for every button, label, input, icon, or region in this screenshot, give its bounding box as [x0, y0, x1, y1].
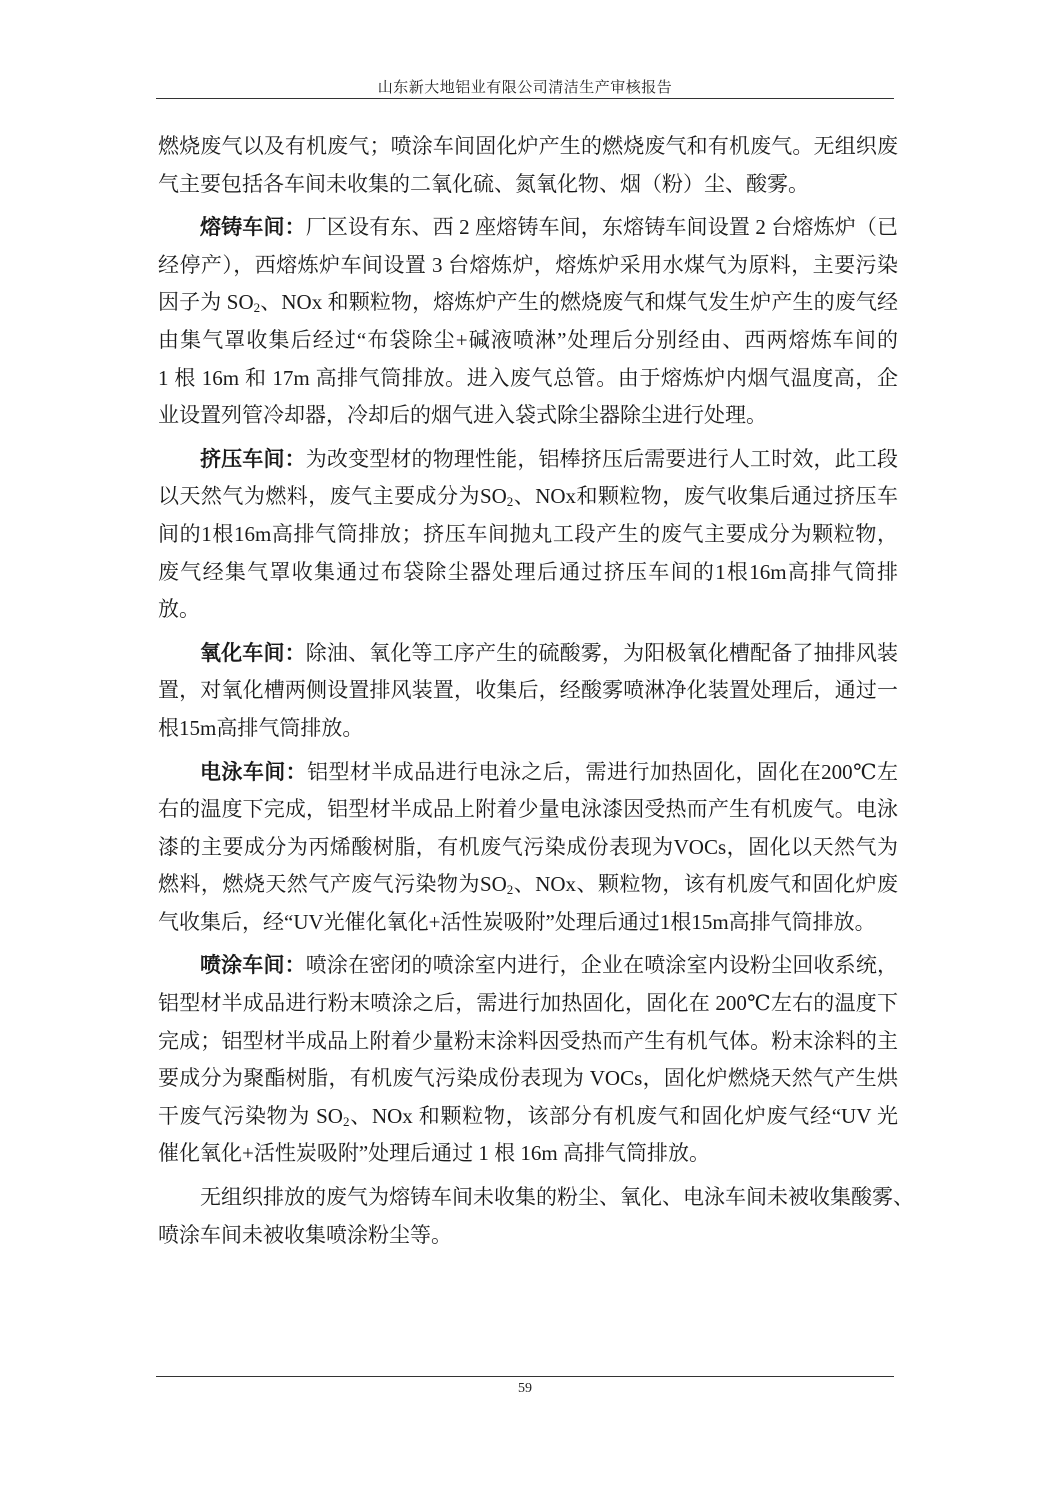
header-divider	[156, 98, 894, 99]
section-heading: 电泳车间：	[200, 760, 307, 784]
text-line: 喷涂车间未被收集喷涂粉尘等。	[158, 1217, 898, 1255]
page-number: 59	[156, 1381, 894, 1397]
paragraph-casting-workshop: 熔铸车间：厂区设有东、西 2 座熔铸车间，东熔铸车间设置 2 台熔炼炉（已经停产…	[158, 209, 898, 435]
text-line: 要成分为聚酯树脂，有机废气污染成份表现为 VOCs，固化炉燃烧天然气产生烘	[158, 1060, 898, 1098]
paragraph-electrophoresis-workshop: 电泳车间：铝型材半成品进行电泳之后，需进行加热固化，固化在200℃左右的温度下完…	[158, 754, 898, 942]
text-line: 干废气污染物为 SO2、NOx 和颗粒物，该部分有机废气和固化炉废气经“UV 光	[158, 1098, 898, 1136]
text-line: 废气经集气罩收集通过布袋除尘器处理后通过挤压车间的1根16m高排气筒排	[158, 554, 898, 592]
section-heading: 熔铸车间：	[200, 215, 306, 239]
paragraph-intro-continuation: 燃烧废气以及有机废气；喷涂车间固化炉产生的燃烧废气和有机废气。无组织废气主要包括…	[158, 128, 898, 203]
text-line: 间的1根16m高排气筒排放；挤压车间抛丸工段产生的废气主要成分为颗粒物，	[158, 516, 898, 554]
text-line: 无组织排放的废气为熔铸车间未收集的粉尘、氧化、电泳车间未被收集酸雾、	[158, 1179, 898, 1217]
text-line: 气主要包括各车间未收集的二氧化硫、氮氧化物、烟（粉）尘、酸雾。	[158, 166, 898, 204]
paragraph-extrusion-workshop: 挤压车间：为改变型材的物理性能，铝棒挤压后需要进行人工时效，此工段以天然气为燃料…	[158, 441, 898, 629]
text-line: 右的温度下完成，铝型材半成品上附着少量电泳漆因受热而产生有机废气。电泳	[158, 791, 898, 829]
section-heading: 挤压车间：	[200, 447, 306, 471]
text-line: 氧化车间：除油、氧化等工序产生的硫酸雾，为阳极氧化槽配备了抽排风装	[158, 635, 898, 673]
text-line: 因子为 SO2、NOx 和颗粒物，熔炼炉产生的燃烧废气和煤气发生炉产生的废气经	[158, 284, 898, 322]
text-line: 漆的主要成分为丙烯酸树脂，有机废气污染成份表现为VOCs，固化以天然气为	[158, 829, 898, 867]
text-line: 气收集后，经“UV光催化氧化+活性炭吸附”处理后通过1根15m高排气筒排放。	[158, 904, 898, 942]
text-line: 熔铸车间：厂区设有东、西 2 座熔铸车间，东熔铸车间设置 2 台熔炼炉（已	[158, 209, 898, 247]
text-line: 根15m高排气筒排放。	[158, 710, 898, 748]
text-line: 燃烧废气以及有机废气；喷涂车间固化炉产生的燃烧废气和有机废气。无组织废	[158, 128, 898, 166]
text-line: 放。	[158, 591, 898, 629]
text-line: 喷涂车间：喷涂在密闭的喷涂室内进行，企业在喷涂室内设粉尘回收系统，	[158, 947, 898, 985]
text-line: 以天然气为燃料，废气主要成分为SO2、NOx和颗粒物，废气收集后通过挤压车	[158, 478, 898, 516]
text-line: 挤压车间：为改变型材的物理性能，铝棒挤压后需要进行人工时效，此工段	[158, 441, 898, 479]
text-line: 催化氧化+活性炭吸附”处理后通过 1 根 16m 高排气筒排放。	[158, 1135, 898, 1173]
text-line: 业设置列管冷却器，冷却后的烟气进入袋式除尘器除尘进行处理。	[158, 397, 898, 435]
text-line: 电泳车间：铝型材半成品进行电泳之后，需进行加热固化，固化在200℃左	[158, 754, 898, 792]
document-body: 燃烧废气以及有机废气；喷涂车间固化炉产生的燃烧废气和有机废气。无组织废气主要包括…	[158, 128, 898, 1260]
text-line: 由集气罩收集后经过“布袋除尘+碱液喷淋”处理后分别经由、西两熔炼车间的	[158, 322, 898, 360]
section-heading: 喷涂车间：	[200, 953, 306, 977]
text-line: 1 根 16m 和 17m 高排气筒排放。进入废气总管。由于熔炼炉内烟气温度高，…	[158, 360, 898, 398]
paragraph-fugitive-emissions: 无组织排放的废气为熔铸车间未收集的粉尘、氧化、电泳车间未被收集酸雾、喷涂车间未被…	[158, 1179, 898, 1254]
section-heading: 氧化车间：	[200, 641, 306, 665]
page-header-title: 山东新大地铝业有限公司清洁生产审核报告	[156, 76, 894, 97]
text-line: 铝型材半成品进行粉末喷涂之后，需进行加热固化，固化在 200℃左右的温度下	[158, 985, 898, 1023]
paragraph-oxidation-workshop: 氧化车间：除油、氧化等工序产生的硫酸雾，为阳极氧化槽配备了抽排风装置，对氧化槽两…	[158, 635, 898, 748]
paragraph-spraying-workshop: 喷涂车间：喷涂在密闭的喷涂室内进行，企业在喷涂室内设粉尘回收系统，铝型材半成品进…	[158, 947, 898, 1173]
text-line: 经停产），西熔炼炉车间设置 3 台熔炼炉，熔炼炉采用水煤气为原料，主要污染	[158, 247, 898, 285]
text-line: 置，对氧化槽两侧设置排风装置，收集后，经酸雾喷淋净化装置处理后，通过一	[158, 672, 898, 710]
footer-divider	[156, 1376, 894, 1377]
text-line: 完成；铝型材半成品上附着少量粉末涂料因受热而产生有机气体。粉末涂料的主	[158, 1023, 898, 1061]
text-line: 燃料，燃烧天然气产废气污染物为SO2、NOx、颗粒物，该有机废气和固化炉废	[158, 866, 898, 904]
